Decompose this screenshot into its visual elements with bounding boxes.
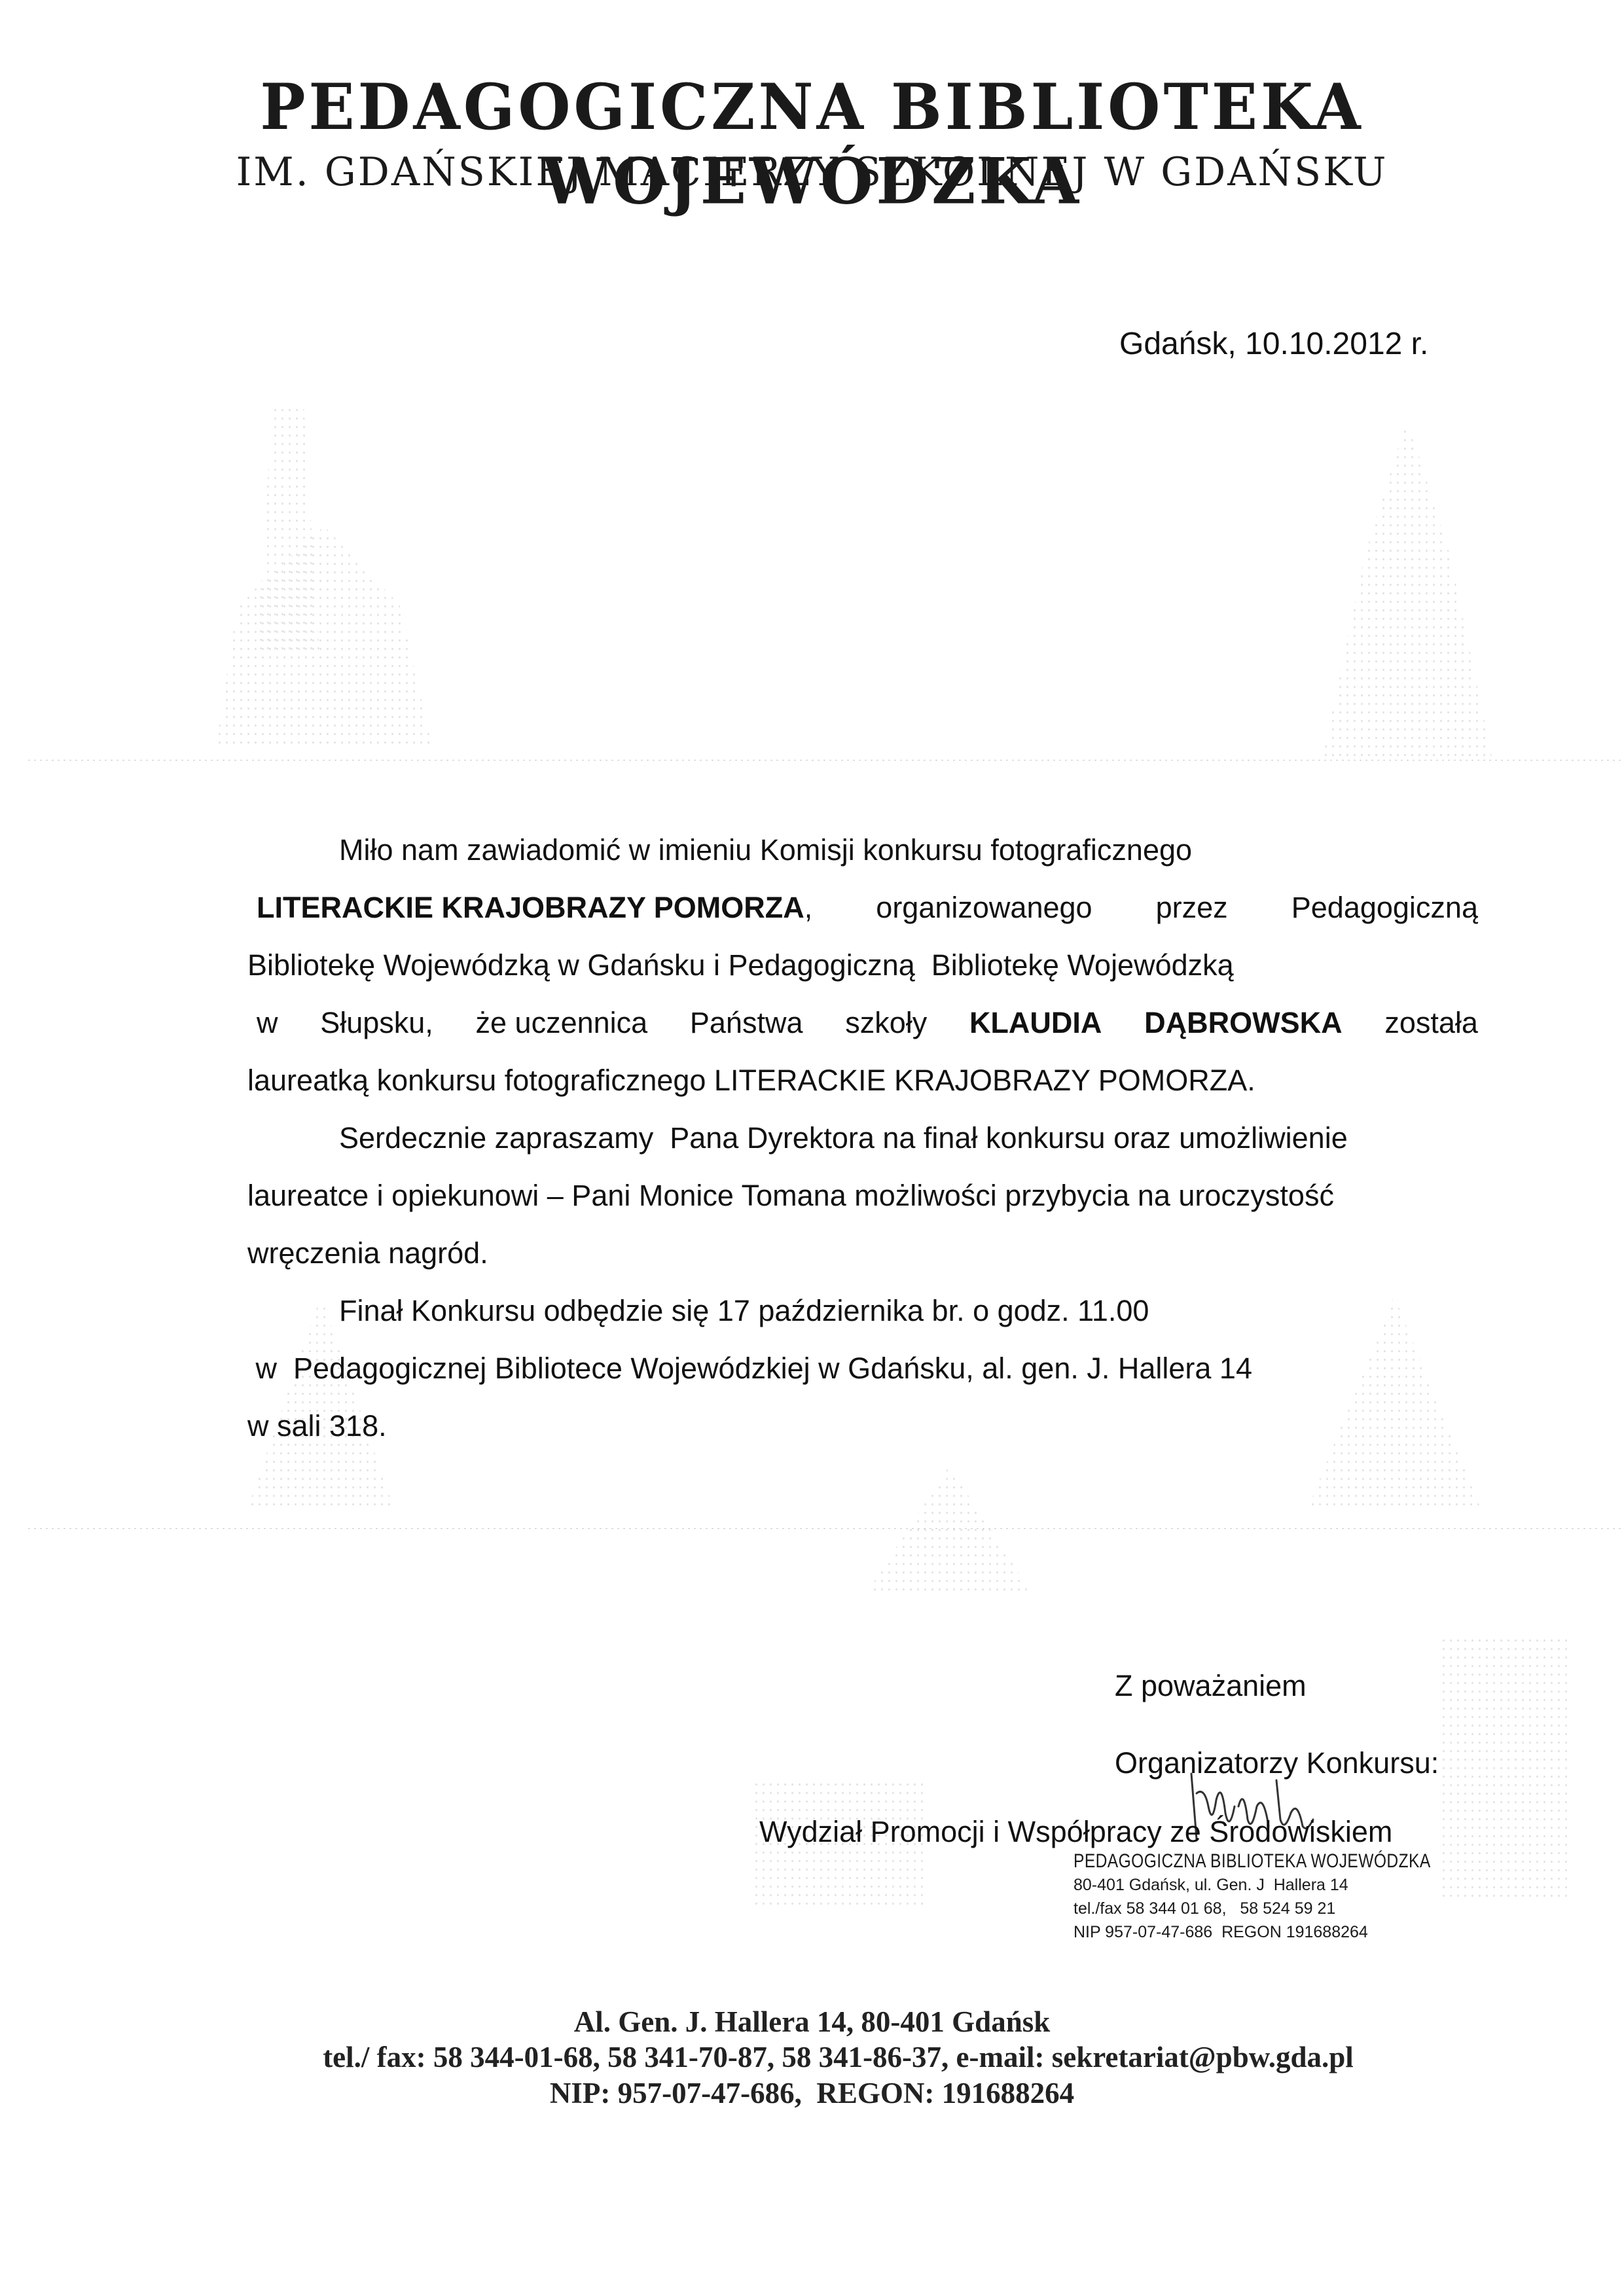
stamp-address: 80-401 Gdańsk, ul. Gen. J Hallera 14 bbox=[1074, 1873, 1509, 1897]
word: Pedagogiczną bbox=[1291, 879, 1478, 937]
student-first-name: KLAUDIA bbox=[969, 994, 1102, 1052]
word: że uczennica bbox=[476, 994, 648, 1052]
footer-address: Al. Gen. J. Hallera 14, 80-401 Gdańsk bbox=[0, 2005, 1624, 2039]
paragraph-1-line-4: w Słupsku, że uczennica Państwa szkoły K… bbox=[247, 994, 1478, 1052]
stamp-phone: tel./fax 58 344 01 68, 58 524 59 21 bbox=[1074, 1897, 1509, 1920]
paragraph-2-line-2: laureatce i opiekunowi – Pani Monice Tom… bbox=[247, 1167, 1478, 1225]
word: została bbox=[1384, 994, 1478, 1052]
word: organizowanego bbox=[876, 879, 1092, 937]
word: szkoły bbox=[845, 994, 927, 1052]
word: przez bbox=[1156, 879, 1228, 937]
paragraph-1-line-1: Miło nam zawiadomić w imieniu Komisji ko… bbox=[247, 821, 1478, 879]
word: w bbox=[257, 994, 278, 1052]
paragraph-1-line-5: laureatką konkursu fotograficznego LITER… bbox=[247, 1052, 1478, 1109]
letter-body: Miło nam zawiadomić w imieniu Komisji ko… bbox=[247, 821, 1478, 1455]
stamp-ids: NIP 957-07-47-686 REGON 191688264 bbox=[1074, 1920, 1509, 1944]
paragraph-3-line-3: w sali 318. bbox=[247, 1397, 1478, 1455]
paragraph-1-line-3: Bibliotekę Wojewódzką w Gdańsku i Pedago… bbox=[247, 937, 1478, 994]
paragraph-1-line-2: LITERACKIE KRAJOBRAZY POMORZA, organizow… bbox=[247, 879, 1478, 937]
paragraph-3-line-1: Finał Konkursu odbędzie się 17 październ… bbox=[247, 1282, 1478, 1340]
closing-regards: Z poważaniem bbox=[1115, 1669, 1307, 1703]
date-line: Gdańsk, 10.10.2012 r. bbox=[1119, 326, 1428, 362]
scan-divider-top bbox=[26, 759, 1624, 761]
word: Słupsku, bbox=[320, 994, 433, 1052]
stamp-title: PEDAGOGICZNA BIBLIOTEKA WOJEWÓDZKA bbox=[1074, 1850, 1431, 1873]
letterhead-title: PEDAGOGICZNA BIBLIOTEKA WOJEWÓDZKA bbox=[0, 70, 1624, 219]
word: Państwa bbox=[690, 994, 803, 1052]
closing-department: Wydział Promocji i Współpracy ze Środowi… bbox=[759, 1815, 1392, 1849]
contest-name: LITERACKIE KRAJOBRAZY POMORZA bbox=[257, 891, 804, 924]
paragraph-2-line-3: wręczenia nagród. bbox=[247, 1225, 1478, 1282]
paragraph-2-line-1: Serdecznie zapraszamy Pana Dyrektora na … bbox=[247, 1109, 1478, 1167]
footer-ids: NIP: 957-07-47-686, REGON: 191688264 bbox=[0, 2076, 1624, 2110]
letterhead-subtitle: IM. GDAŃSKIEJ MACIERZY SZKOLNEJ W GDAŃSK… bbox=[0, 149, 1624, 195]
comma: , bbox=[804, 891, 813, 924]
student-last-name: DĄBROWSKA bbox=[1144, 994, 1342, 1052]
scan-divider-bottom bbox=[26, 1528, 1624, 1530]
institution-stamp: PEDAGOGICZNA BIBLIOTEKA WOJEWÓDZKA 80-40… bbox=[1074, 1850, 1509, 1944]
footer-contact: tel./ fax: 58 344-01-68, 58 341-70-87, 5… bbox=[26, 2040, 1624, 2074]
paragraph-3-line-2: w Pedagogicznej Bibliotece Wojewódzkiej … bbox=[247, 1340, 1478, 1397]
